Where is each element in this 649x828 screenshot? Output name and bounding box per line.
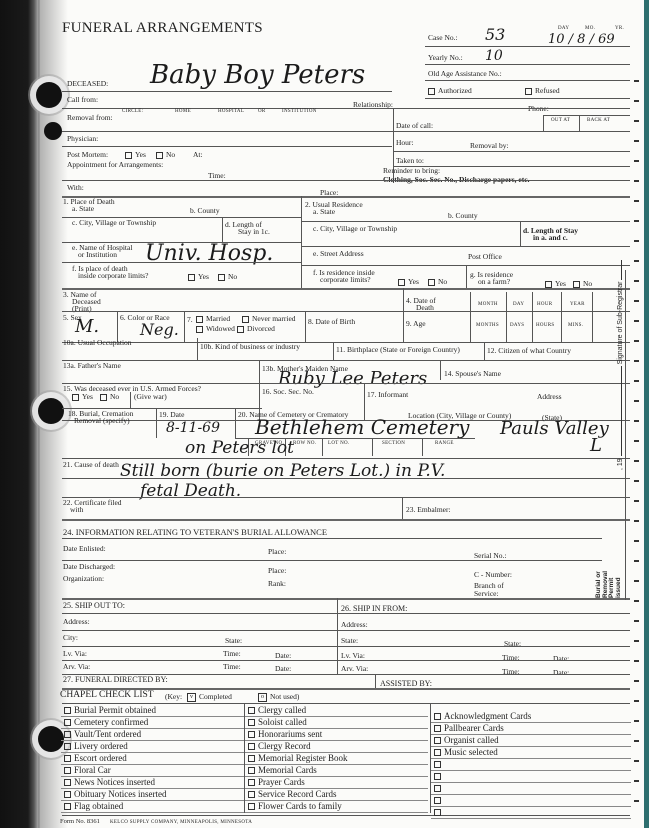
divider	[62, 815, 630, 816]
range-label: RANGE	[435, 441, 454, 446]
date-month-label: MO.	[585, 26, 595, 31]
margin-tick	[634, 160, 639, 162]
checklist-item-label: Memorial Cards	[258, 765, 317, 775]
margin-tick	[634, 340, 639, 342]
armed-forces-yes-checkbox[interactable]: Yes	[72, 393, 93, 401]
divider	[184, 311, 185, 342]
with-label: With:	[67, 184, 84, 192]
margin-tick	[634, 680, 639, 682]
divider	[62, 660, 630, 661]
farm-no-checkbox[interactable]: No	[573, 280, 592, 288]
scanner-shadow-edge	[0, 0, 40, 828]
divider	[62, 108, 630, 109]
date-of-birth-label: 8. Date of Birth	[308, 318, 355, 326]
checklist-item[interactable]: Service Record Cards	[248, 789, 336, 799]
checkbox-icon	[64, 731, 71, 738]
spouse-name-label: 14. Spouse's Name	[444, 370, 501, 378]
authorized-checkbox[interactable]: Authorized	[428, 87, 472, 95]
checklist-item-label: Organist called	[444, 735, 499, 745]
removal-by-label: Removal by:	[470, 142, 509, 150]
checklist-item[interactable]: Organist called	[434, 735, 499, 745]
age-days-label: DAYS	[510, 323, 524, 328]
case-no-label: Case No.:	[428, 34, 458, 42]
citizenship-label: 12. Citizen of what Country	[487, 347, 571, 355]
margin-tick	[634, 800, 639, 802]
checkbox-icon	[72, 394, 79, 401]
margin-tick	[634, 460, 639, 462]
divider	[431, 794, 631, 795]
checkbox-icon	[242, 316, 249, 323]
residence-city-label: c. City, Village or Township	[313, 225, 397, 233]
post-mortem-yes-checkbox[interactable]: Yes	[125, 151, 146, 159]
punch-hole-icon	[38, 398, 64, 424]
date-discharged-label: Date Discharged:	[63, 563, 115, 571]
checkbox-icon	[64, 767, 71, 774]
no-label: No	[166, 150, 175, 159]
checklist-item-label: Escort ordered	[74, 753, 127, 763]
circle-label: CIRCLE:	[122, 109, 143, 114]
divider	[425, 80, 630, 81]
residence-limits-no-checkbox[interactable]: No	[428, 278, 447, 286]
checkbox-icon	[573, 281, 580, 288]
death-month-label: MONTH	[478, 302, 498, 307]
completed-key-icon: v	[187, 693, 196, 702]
not-used-key-icon: o	[258, 693, 267, 702]
divider	[561, 292, 562, 342]
removal-from-label: Removal from:	[67, 114, 113, 122]
divider	[520, 221, 521, 246]
margin-tick	[634, 320, 639, 322]
post-mortem-label: Post Mortem:	[67, 151, 108, 159]
punch-hole-icon	[38, 726, 64, 752]
checkbox-icon	[525, 88, 532, 95]
checklist-item-label: Memorial Register Book	[258, 753, 348, 763]
state-value: L	[590, 437, 602, 455]
divider	[222, 217, 223, 242]
marital-status-label: 7.	[187, 316, 193, 324]
margin-tick	[634, 100, 639, 102]
divider	[506, 292, 507, 342]
not-used-key-label: Not used)	[270, 692, 299, 701]
ship-in-arrive-via-label: Arv. Via:	[341, 665, 368, 673]
signature-line-end	[621, 260, 622, 280]
checklist-item-label: Pallbearer Cards	[444, 723, 504, 733]
ship-out-arrive-time-label: Time:	[223, 663, 241, 671]
checklist-item[interactable]: News Notices inserted	[64, 777, 155, 787]
farm-yes-checkbox[interactable]: Yes	[545, 280, 566, 288]
birthplace-label: 11. Birthplace (State or Foreign Country…	[336, 346, 460, 354]
checklist-item-label: Livery ordered	[74, 741, 128, 751]
divider	[244, 703, 245, 813]
permit-label-line4: issued	[616, 571, 623, 598]
death-hour-label: HOUR	[537, 302, 552, 307]
margin-tick	[634, 520, 639, 522]
yearly-no-value: 10	[485, 49, 503, 63]
divider	[245, 812, 428, 813]
checklist-item-label: Obituary Notices inserted	[74, 789, 166, 799]
no-label: No	[110, 392, 119, 401]
margin-tick	[634, 120, 639, 122]
divider	[431, 758, 631, 759]
divider	[372, 438, 373, 456]
c-number-label: C - Number:	[474, 571, 512, 579]
divider	[470, 292, 471, 342]
checkbox-icon	[188, 274, 195, 281]
checkbox-icon	[248, 791, 255, 798]
checklist-item[interactable]: Escort ordered	[64, 753, 127, 763]
divider	[543, 115, 630, 116]
sub-registrar-signature-label: , 19 Signature of Sub-Registrar	[617, 260, 624, 470]
date-day-label: DAY	[558, 26, 569, 31]
checkbox-icon	[64, 803, 71, 810]
divider	[62, 598, 630, 600]
divider	[543, 115, 544, 132]
margin-tick	[634, 180, 639, 182]
checkbox-icon	[196, 316, 203, 323]
margin-ticks	[634, 0, 639, 828]
post-mortem-no-checkbox[interactable]: No	[156, 151, 175, 159]
death-corporate-limits-sublabel: inside corporate limits?	[78, 272, 148, 280]
margin-tick	[634, 440, 639, 442]
checkbox-icon	[248, 767, 255, 774]
street-address-label: e. Street Address	[313, 250, 364, 258]
ship-out-leave-date-label: Date:	[275, 652, 291, 660]
punch-hole-icon	[36, 82, 62, 108]
divider	[62, 646, 630, 647]
never-married-checkbox[interactable]: Never married	[242, 315, 296, 323]
refused-label: Refused	[535, 86, 560, 95]
checkbox-icon	[398, 279, 405, 286]
checkbox-icon	[434, 785, 441, 792]
ship-out-arrive-date-label: Date:	[275, 665, 291, 673]
out-at-label: OUT AT	[551, 118, 570, 123]
checklist-item-label: Flower Cards to family	[258, 801, 342, 811]
margin-tick	[634, 140, 639, 142]
margin-tick	[634, 700, 639, 702]
checkbox-icon	[434, 725, 441, 732]
checklist-item-label: News Notices inserted	[74, 777, 155, 787]
taken-to-label: Taken to:	[396, 157, 424, 165]
checkbox-icon	[545, 281, 552, 288]
checklist-key: (Key: vCompleted	[165, 693, 232, 702]
checklist-item-label: Vault/Tent ordered	[74, 729, 141, 739]
death-city-label: c. City, Village or Township	[72, 219, 156, 227]
lot-no-label: LOT NO.	[328, 441, 349, 446]
checklist-item[interactable]: Pallbearer Cards	[434, 723, 504, 733]
reminder-label: Reminder to bring:	[383, 167, 440, 175]
checklist-item[interactable]: Memorial Cards	[248, 765, 317, 775]
divider	[393, 151, 630, 152]
margin-tick	[634, 300, 639, 302]
deceased-label: DECEASED:	[67, 80, 108, 88]
informant-address-label: Address	[537, 393, 562, 401]
checklist-item[interactable]	[434, 795, 444, 805]
back-at-label: BACK AT	[587, 118, 610, 123]
no-label: No	[228, 272, 237, 281]
death-year-label: YEAR	[570, 302, 585, 307]
sex-value: M.	[75, 318, 99, 336]
residence-farm-sublabel: on a farm?	[478, 278, 510, 286]
death-limits-yes-checkbox[interactable]: Yes	[188, 273, 209, 281]
age-months-label: MONTHS	[476, 323, 499, 328]
margin-tick	[634, 240, 639, 242]
divider	[592, 292, 593, 342]
checkbox-icon	[434, 713, 441, 720]
margin-tick	[634, 200, 639, 202]
divider	[466, 265, 467, 289]
checklist-item[interactable]: Clergy Record	[248, 741, 311, 751]
checkbox-icon	[125, 152, 132, 159]
checklist-item-label: Burial Permit obtained	[74, 705, 156, 715]
divider	[62, 288, 630, 290]
date-year-label: YR.	[615, 26, 624, 31]
checkbox-icon	[156, 152, 163, 159]
margin-tick	[634, 80, 639, 82]
not-used-key: oNot used)	[258, 693, 299, 702]
checkbox-icon	[248, 707, 255, 714]
divider	[62, 458, 630, 459]
divider	[375, 674, 376, 688]
married-checkbox[interactable]: Married	[196, 315, 230, 323]
checklist-item-label: Honorariums sent	[258, 729, 322, 739]
divider	[62, 538, 602, 539]
divider	[62, 146, 392, 147]
assisted-by-label: ASSISTED BY:	[380, 680, 432, 688]
margin-tick	[634, 560, 639, 562]
divider	[402, 497, 403, 519]
old-age-assistance-label: Old Age Assistance No.:	[428, 70, 502, 78]
checklist-item[interactable]: Prayer Cards	[248, 777, 305, 787]
punch-hole-icon	[44, 122, 62, 140]
divider	[301, 221, 630, 222]
divider	[61, 812, 244, 813]
checklist-item[interactable]: Memorial Register Book	[248, 753, 348, 763]
give-war-label: (Give war)	[134, 393, 167, 401]
never-married-label: Never married	[252, 314, 296, 323]
divider	[305, 311, 306, 342]
divider	[425, 64, 630, 65]
checklist-item-label: Service Record Cards	[258, 789, 336, 799]
residence-limits-yes-checkbox[interactable]: Yes	[398, 278, 419, 286]
divider	[337, 598, 338, 674]
checklist-item-label: Cemetery confirmed	[74, 717, 148, 727]
checklist-item[interactable]: Cemetery confirmed	[64, 717, 148, 727]
form-number: Form No. 8361	[60, 819, 100, 826]
divider	[301, 196, 302, 288]
case-no-value: 53	[485, 27, 505, 43]
occupation-label: 10a. Usual Occupation	[63, 339, 132, 347]
not-used-key-symbol: o	[261, 694, 264, 700]
window-frame-edge	[644, 0, 649, 828]
checklist-item-label: Clergy Record	[258, 741, 311, 751]
burial-type-sublabel: Removal (specify)	[74, 417, 130, 425]
checklist-item[interactable]: Burial Permit obtained	[64, 705, 156, 715]
residence-length-of-stay-sublabel: in a. and c.	[533, 234, 568, 242]
veteran-section-heading: 24. INFORMATION RELATING TO VETERAN'S BU…	[63, 528, 327, 537]
color-race-value: Neg.	[140, 322, 179, 338]
yes-label: Yes	[198, 272, 209, 281]
checklist-item[interactable]: Soloist called	[248, 717, 307, 727]
call-from-label: Call from:	[67, 96, 98, 104]
checklist-item-label: Prayer Cards	[258, 777, 305, 787]
death-length-of-stay-sublabel: Stay in 1c.	[238, 228, 270, 236]
divider	[156, 408, 157, 438]
post-office-label: Post Office	[468, 253, 502, 261]
armed-forces-no-checkbox[interactable]: No	[100, 393, 119, 401]
home-option[interactable]: HOME	[175, 109, 191, 114]
checkbox-icon	[434, 761, 441, 768]
checklist-item[interactable]: Flag obtained	[64, 801, 123, 811]
signature-label: Signature of Sub-Registrar	[617, 282, 624, 365]
checklist-item[interactable]: Vault/Tent ordered	[64, 729, 141, 739]
checkbox-icon	[248, 779, 255, 786]
divider	[62, 613, 630, 614]
age-hours-label: HOURS	[536, 323, 554, 328]
ship-out-state-label: State:	[225, 637, 242, 645]
checklist-item[interactable]: Floral Car	[64, 765, 111, 775]
divider	[62, 519, 630, 521]
divider	[62, 262, 301, 263]
ship-out-city-label: City:	[63, 634, 78, 642]
divider	[431, 782, 631, 783]
divider	[425, 46, 630, 47]
checkbox-icon	[237, 326, 244, 333]
checkbox-icon	[428, 279, 435, 286]
discharged-place-label: Place:	[268, 567, 286, 575]
checkbox-icon	[434, 737, 441, 744]
divider	[431, 770, 631, 771]
checkbox-icon	[64, 707, 71, 714]
residence-corporate-limits-sublabel: corporate limits?	[320, 276, 371, 284]
rank-label: Rank:	[268, 580, 286, 588]
checklist-item[interactable]	[434, 783, 444, 793]
checklist-item[interactable]: Livery ordered	[64, 741, 128, 751]
divorced-label: Divorced	[247, 324, 275, 333]
margin-tick	[634, 420, 639, 422]
ship-out-heading: 25. SHIP OUT TO:	[63, 602, 125, 610]
death-limits-no-checkbox[interactable]: No	[218, 273, 237, 281]
checklist-item[interactable]: Flower Cards to family	[248, 801, 342, 811]
divider	[62, 703, 630, 704]
divider	[62, 342, 630, 343]
branch-of-service-sublabel: Service:	[474, 590, 499, 598]
soc-sec-no-label: 16. Soc. Sec. No.	[262, 388, 314, 396]
ship-in-leave-date-label: Date:	[553, 655, 569, 663]
margin-tick	[634, 220, 639, 222]
divider	[197, 338, 198, 360]
residence-county-label: b. County	[448, 212, 478, 220]
ship-out-leave-via-label: Lv. Via:	[63, 650, 87, 658]
serial-no-label: Serial No.:	[474, 552, 507, 560]
checklist-item-label: Acknowledgment Cards	[444, 711, 531, 721]
year-prefix: , 19	[617, 458, 624, 470]
chapel-checklist-heading: CHAPEL CHECK LIST	[60, 691, 154, 701]
burial-date-label: 19. Date	[159, 411, 184, 419]
checklist-item[interactable]: Acknowledgment Cards	[434, 711, 531, 721]
divider	[301, 246, 630, 247]
mother-maiden-name-value: Ruby Lee Peters	[278, 370, 427, 388]
completed-key-symbol: v	[190, 694, 193, 700]
checkbox-icon	[248, 755, 255, 762]
checklist-item[interactable]	[434, 771, 444, 781]
checkbox-icon	[218, 274, 225, 281]
checklist-item-label: Floral Car	[74, 765, 111, 775]
organization-label: Organization:	[63, 575, 104, 583]
divider	[130, 392, 131, 408]
checklist-item[interactable]: Obituary Notices inserted	[64, 789, 166, 799]
divider	[431, 818, 631, 819]
no-label: No	[583, 279, 592, 288]
residence-state-label: a. State	[313, 208, 335, 216]
divider	[62, 196, 630, 198]
divorced-checkbox[interactable]: Divorced	[237, 325, 275, 333]
divider	[431, 806, 631, 807]
margin-tick	[634, 280, 639, 282]
checkbox-icon	[248, 731, 255, 738]
margin-tick	[634, 500, 639, 502]
physician-label: Physician:	[67, 135, 98, 143]
burial-permit-issued-label: Burial or Removal Permit issued	[596, 571, 622, 598]
row-no-label: ROW NO.	[293, 441, 316, 446]
ship-in-leave-via-label: Lv. Via:	[341, 652, 365, 660]
margin-tick	[634, 760, 639, 762]
checkbox-icon	[434, 773, 441, 780]
ship-out-address-label: Address:	[63, 618, 90, 626]
checkbox-icon	[434, 809, 441, 816]
checklist-item-label: Soloist called	[258, 717, 307, 727]
checkbox-icon	[64, 755, 71, 762]
hospital-name-sublabel: or Institution	[78, 251, 117, 259]
widowed-checkbox[interactable]: Widowed	[196, 325, 235, 333]
funeral-directed-by-label: 27. FUNERAL DIRECTED BY:	[63, 676, 168, 684]
hospital-option[interactable]: HOSPITAL	[218, 109, 244, 114]
checklist-item[interactable]: Honorariums sent	[248, 729, 322, 739]
certificate-filed-sublabel: with	[70, 506, 83, 514]
ship-in-arrive-date-label: Date:	[553, 669, 569, 677]
divider	[440, 360, 441, 380]
married-label: Married	[206, 314, 230, 323]
ship-out-arrive-via-label: Arv. Via:	[63, 663, 90, 671]
informant-label: 17. Informant	[367, 391, 408, 399]
age-mins-label: MINS.	[568, 323, 583, 328]
checklist-item[interactable]	[434, 807, 444, 817]
authorized-label: Authorized	[438, 86, 472, 95]
refused-checkbox[interactable]: Refused	[525, 87, 560, 95]
ship-in-city-label: State:	[341, 637, 358, 645]
enlisted-place-label: Place:	[268, 548, 286, 556]
margin-tick	[634, 540, 639, 542]
margin-tick	[634, 780, 639, 782]
margin-tick	[634, 580, 639, 582]
business-industry-label: 10b. Kind of business or industry	[200, 343, 300, 351]
form-title: FUNERAL ARRANGEMENTS	[62, 21, 263, 36]
divider	[422, 438, 423, 456]
margin-tick	[634, 620, 639, 622]
completed-key-label: Completed	[199, 692, 232, 701]
yearly-no-label: Yearly No.:	[428, 54, 463, 62]
institution-option[interactable]: INSTITUTION	[282, 109, 317, 114]
burial-date-value: 8-11-69	[166, 421, 220, 435]
age-label: 9. Age	[406, 320, 426, 328]
ship-in-address-label: Address:	[341, 621, 368, 629]
at-label: At:	[193, 151, 203, 159]
divider	[62, 630, 630, 631]
checklist-item[interactable]: Clergy called	[248, 705, 306, 715]
divider	[484, 342, 485, 360]
checklist-item[interactable]: Music selected	[434, 747, 498, 757]
key-label: (Key:	[165, 692, 182, 701]
checklist-item[interactable]	[434, 759, 444, 769]
